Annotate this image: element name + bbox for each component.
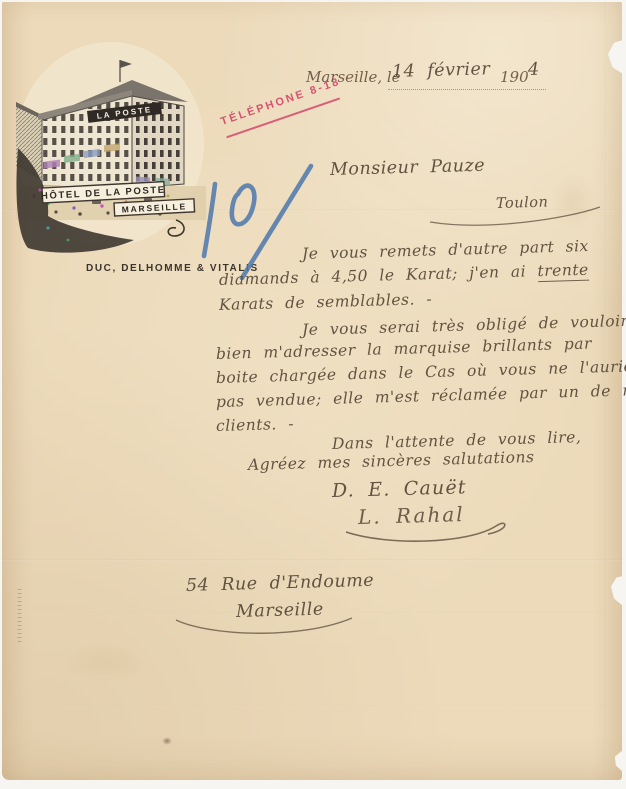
dateline: Marseille, le 14 février 190 4 <box>302 60 564 100</box>
fold-crease-bottom <box>2 705 622 707</box>
address-street: 54 Rue d'Endoume <box>186 571 375 596</box>
body-line: Je vous remets d'autre part six <box>302 237 589 263</box>
scanned-letter-page: { "letterhead": { "building_sign": "LA P… <box>0 0 626 789</box>
body-line: clients. - <box>216 415 295 435</box>
signature-name: D. E. Cauët <box>332 476 467 502</box>
blue-pencil-annotation <box>184 158 319 283</box>
edge-tear <box>614 750 623 772</box>
letter-paper: LA POSTE <box>2 2 622 780</box>
printer-mark <box>18 586 22 642</box>
blue-diagonal-stroke <box>242 166 311 278</box>
ink-speck <box>162 737 172 745</box>
body-line: Karats de semblables. - <box>219 290 433 314</box>
body-line: bien m'adresser la marquise brillants pa… <box>216 335 592 363</box>
blue-digit-0 <box>232 186 255 225</box>
edge-tear <box>611 576 623 606</box>
dateline-printed-year: 190 <box>500 68 529 86</box>
dateline-handwritten-year-digit: 4 <box>528 60 540 80</box>
body-line: pas vendue; elle m'est réclamée par un d… <box>216 381 626 411</box>
edge-tear <box>608 40 623 74</box>
closing-line: Agréez mes sincères salutations <box>248 448 535 474</box>
signature-flourish-name: L. Rahal <box>358 502 465 529</box>
address-city: Marseille <box>236 600 324 622</box>
age-stain <box>62 642 152 682</box>
ribbon-curl <box>168 220 184 236</box>
age-stain <box>550 172 596 232</box>
fold-crease-middle <box>2 559 622 561</box>
salutation-location: Toulon <box>496 195 549 212</box>
body-line-2-underlined-word: trente <box>537 261 589 282</box>
dateline-printed-prefix: Marseille, le <box>306 68 401 86</box>
blue-digit-1 <box>204 184 215 256</box>
dateline-handwritten-date: 14 février <box>392 59 491 82</box>
salutation: Monsieur Pauze <box>330 156 486 180</box>
dateline-dotted-rule <box>388 89 546 90</box>
